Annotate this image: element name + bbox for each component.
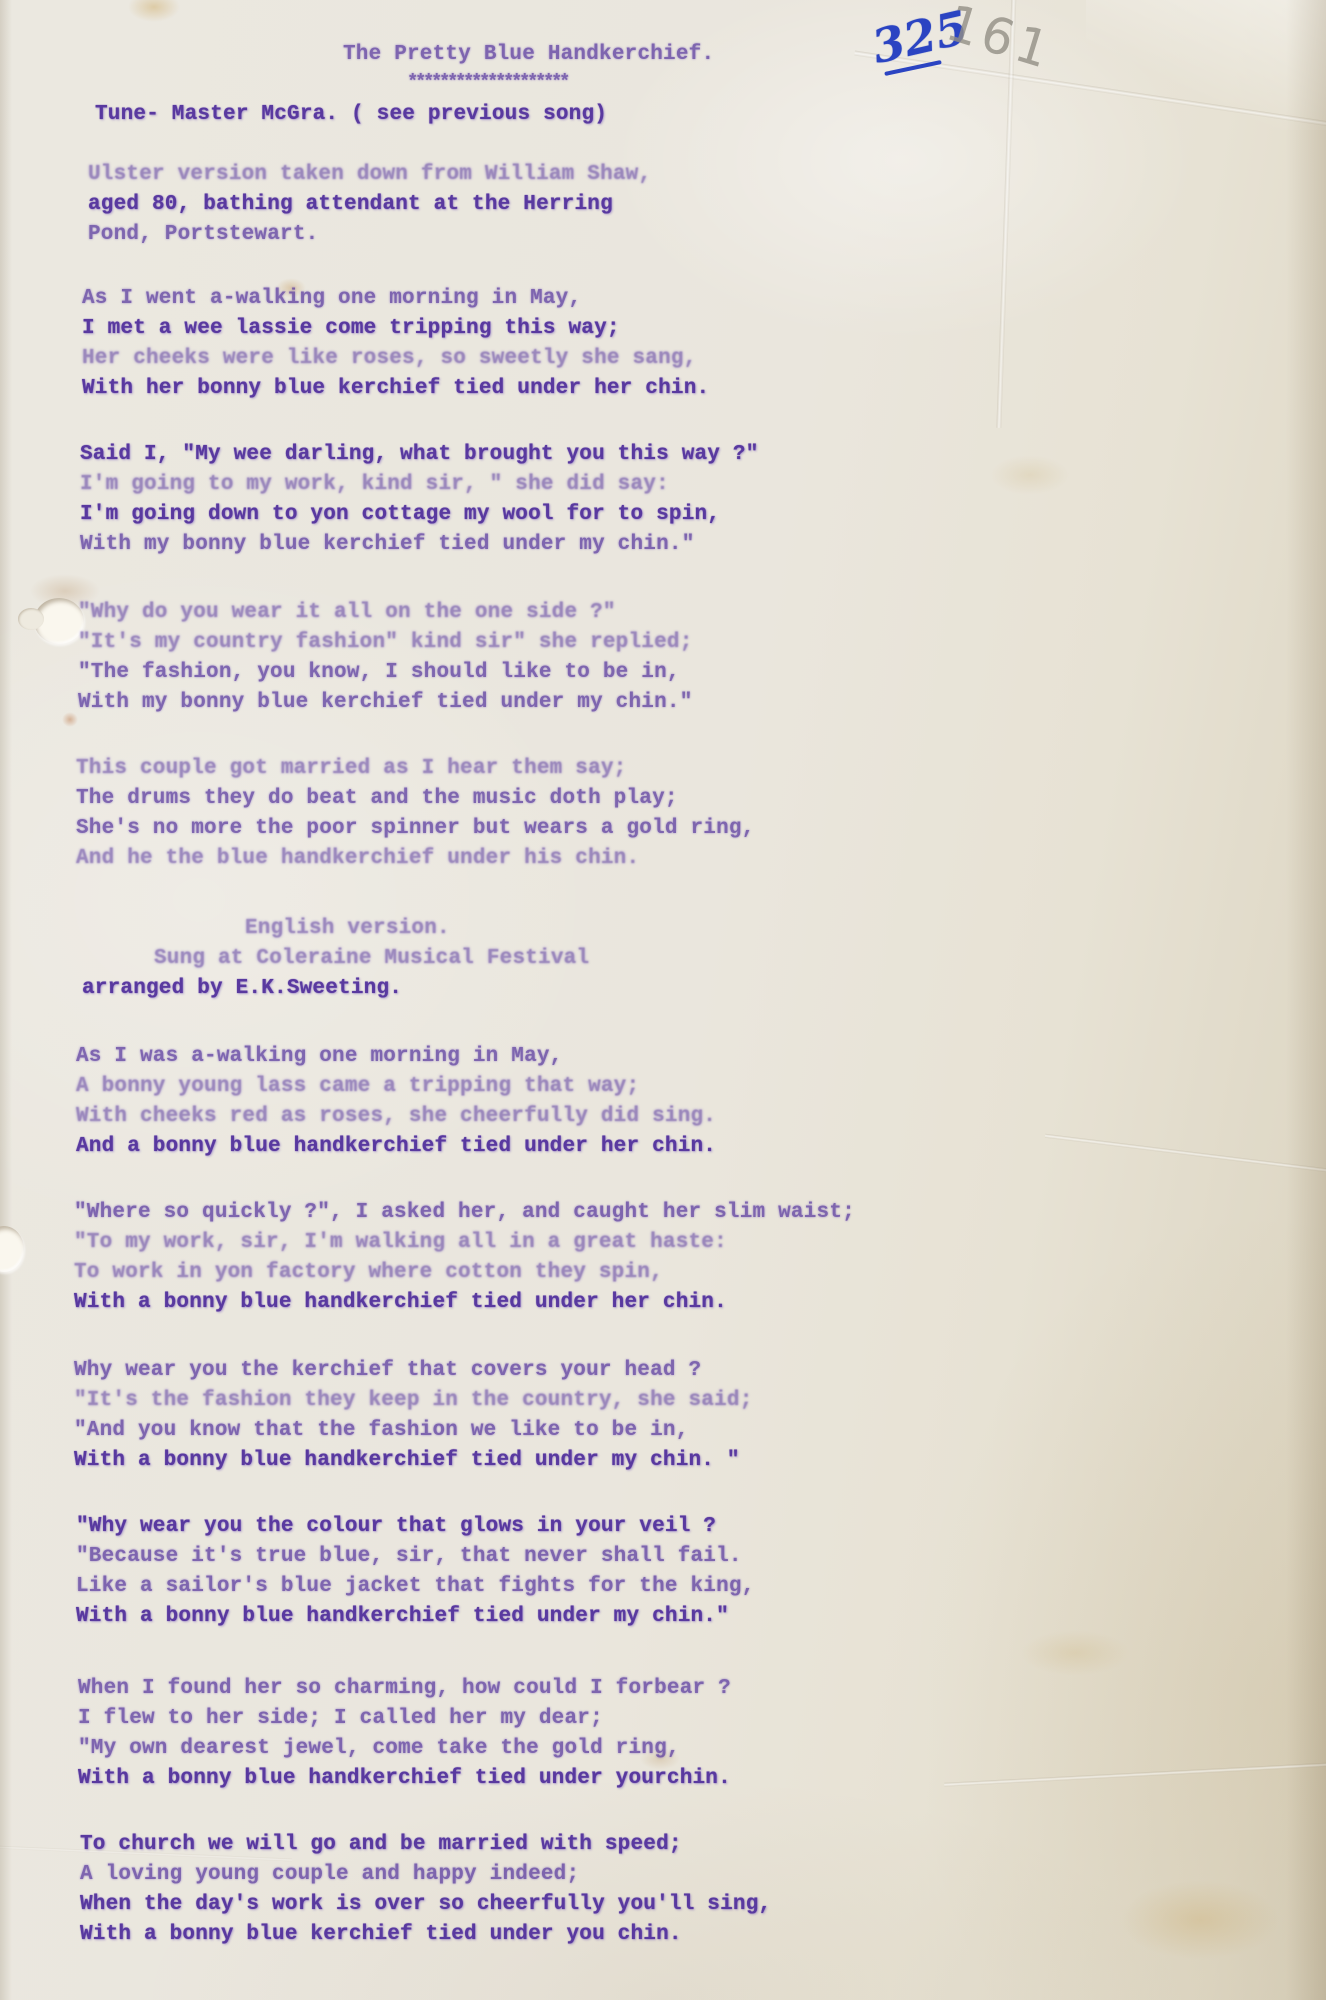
stanza-line: "Why do you wear it all on the one side … [78, 598, 693, 628]
stanza-line: With my bonny blue kerchief tied under m… [78, 688, 693, 718]
page-edge [1286, 0, 1326, 2000]
stanza: "Where so quickly ?", I asked her, and c… [74, 1198, 855, 1318]
stanza-line: With my bonny blue kerchief tied under m… [80, 530, 759, 560]
stanza-line: "Why wear you the colour that glows in y… [76, 1512, 755, 1542]
song-title: The Pretty Blue Handkerchief. [343, 40, 714, 70]
header-line: English version. [82, 914, 589, 944]
stanza-line: I flew to her side; I called her my dear… [78, 1704, 731, 1734]
scanned-page: 325 161 The Pretty Blue Handkerchief. **… [0, 0, 1326, 2000]
stanza-line: As I was a-walking one morning in May, [76, 1042, 716, 1072]
stanza-line: "It's the fashion they keep in the count… [74, 1386, 753, 1416]
stanza: As I was a-walking one morning in May, A… [76, 1042, 716, 1162]
stanza: "Why wear you the colour that glows in y… [76, 1512, 755, 1632]
stanza: To church we will go and be married with… [80, 1830, 771, 1950]
stanza-line: "It's my country fashion" kind sir" she … [78, 628, 693, 658]
stain [1020, 1630, 1130, 1676]
stanza-line: With a bonny blue handkerchief tied unde… [74, 1446, 753, 1476]
attribution-line: aged 80, bathing attendant at the Herrin… [88, 190, 651, 220]
stanza-line: With a bonny blue handkerchief tied unde… [76, 1602, 755, 1632]
song-title-block: The Pretty Blue Handkerchief. **********… [343, 40, 714, 94]
stanza: Why wear you the kerchief that covers yo… [74, 1356, 753, 1476]
stanza: "Why do you wear it all on the one side … [78, 598, 693, 718]
stain [990, 455, 1070, 495]
attribution-line: Ulster version taken down from William S… [88, 160, 651, 190]
stain [128, 0, 180, 22]
stanza-line: Said I, "My wee darling, what brought yo… [80, 440, 759, 470]
stanza-line: "The fashion, you know, I should like to… [78, 658, 693, 688]
tune-note: Tune- Master McGra. ( see previous song) [95, 100, 607, 130]
stanza-line: To work in yon factory where cotton they… [74, 1258, 855, 1288]
stanza-line: "And you know that the fashion we like t… [74, 1416, 753, 1446]
tune-line: Tune- Master McGra. ( see previous song) [95, 100, 607, 130]
stain [1120, 1880, 1280, 1960]
attribution-line: Pond, Portstewart. [88, 220, 651, 250]
stanza-line: Her cheeks were like roses, so sweetly s… [82, 344, 709, 374]
stanza-line: With a bonny blue kerchief tied under yo… [80, 1920, 771, 1950]
stanza-line: And he the blue handkerchief under his c… [76, 844, 755, 874]
title-underline: ******************** [343, 70, 714, 94]
stanza-line: "My own dearest jewel, come take the gol… [78, 1734, 731, 1764]
stanza-line: With her bonny blue kerchief tied under … [82, 374, 709, 404]
crease [1045, 1134, 1326, 1175]
stanza-line: A bonny young lass came a tripping that … [76, 1072, 716, 1102]
stanza-line: I'm going down to yon cottage my wool fo… [80, 500, 759, 530]
stanza-line: This couple got married as I hear them s… [76, 754, 755, 784]
stanza-line: "Where so quickly ?", I asked her, and c… [74, 1198, 855, 1228]
header-line: Sung at Coleraine Musical Festival [82, 944, 589, 974]
stanza-line: A loving young couple and happy indeed; [80, 1860, 771, 1890]
stanza-line: And a bonny blue handkerchief tied under… [76, 1132, 716, 1162]
punch-hole [34, 598, 84, 644]
stanza-line: Like a sailor's blue jacket that fights … [76, 1572, 755, 1602]
stanza-line: With a bonny blue handkerchief tied unde… [78, 1764, 731, 1794]
stanza-line: To church we will go and be married with… [80, 1830, 771, 1860]
stanza-line: With cheeks red as roses, she cheerfully… [76, 1102, 716, 1132]
stanza: This couple got married as I hear them s… [76, 754, 755, 874]
header-line: arranged by E.K.Sweeting. [82, 974, 589, 1004]
stanza: When I found her so charming, how could … [78, 1674, 731, 1794]
crease [944, 1761, 1326, 1786]
stanza-line: I'm going to my work, kind sir, " she di… [80, 470, 759, 500]
stanza-line: When I found her so charming, how could … [78, 1674, 731, 1704]
stanza-line: I met a wee lassie come tripping this wa… [82, 314, 709, 344]
stanza-line: As I went a-walking one morning in May, [82, 284, 709, 314]
stanza: Said I, "My wee darling, what brought yo… [80, 440, 759, 560]
stanza-line: "To my work, sir, I'm walking all in a g… [74, 1228, 855, 1258]
page-edge [0, 0, 12, 2000]
source-attribution: Ulster version taken down from William S… [88, 160, 651, 250]
stanza-line: Why wear you the kerchief that covers yo… [74, 1356, 753, 1386]
stanza-line: The drums they do beat and the music dot… [76, 784, 755, 814]
stanza-line: With a bonny blue handkerchief tied unde… [74, 1288, 855, 1318]
stanza: As I went a-walking one morning in May, … [82, 284, 709, 404]
punch-hole [0, 1226, 24, 1272]
stanza-line: She's no more the poor spinner but wears… [76, 814, 755, 844]
stain [62, 712, 78, 727]
english-version-header: English version. Sung at Coleraine Music… [82, 914, 589, 1004]
stanza-line: "Because it's true blue, sir, that never… [76, 1542, 755, 1572]
stanza-line: When the day's work is over so cheerfull… [80, 1890, 771, 1920]
